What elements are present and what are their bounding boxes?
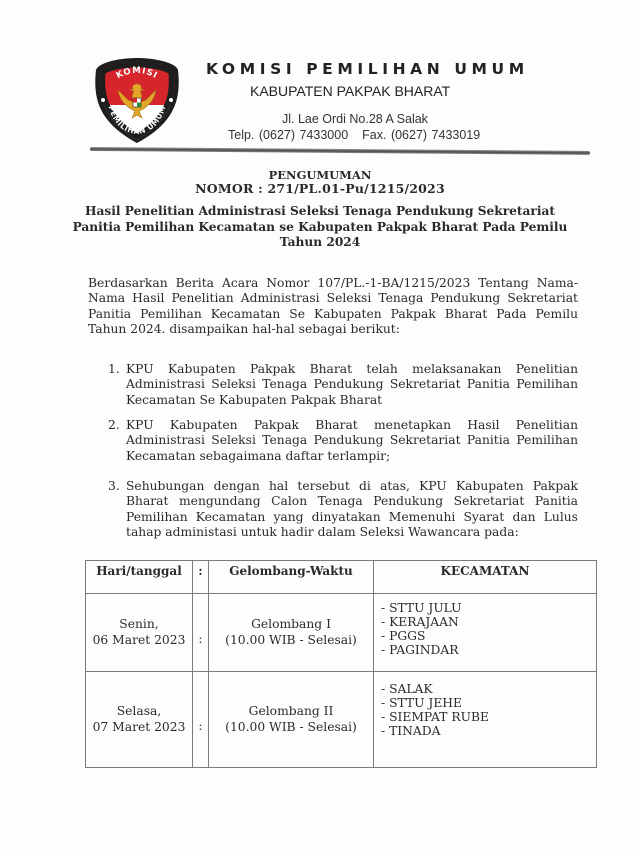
list-item: 1. KPU Kabupaten Pakpak Bharat telah mel… [108, 362, 578, 408]
kecamatan-item: - STTU JULU [381, 601, 596, 615]
wave-time: (10.00 WIB - Selesai) [209, 633, 373, 649]
kecamatan-cell: - SALAK - STTU JEHE - SIEMPAT RUBE - TIN… [374, 672, 597, 768]
header-day: Hari/tanggal [86, 561, 193, 594]
list-item-number: 2. [108, 418, 120, 433]
subject-line: Tahun 2024 [0, 235, 640, 251]
org-phone: Telp. (0627) 7433000 [228, 128, 348, 142]
header-divider [90, 147, 590, 155]
day-date: 06 Maret 2023 [86, 633, 192, 649]
day-cell: Senin, 06 Maret 2023 [86, 594, 193, 672]
separator-cell: : [193, 672, 209, 768]
schedule-table: Hari/tanggal : Gelombang-Waktu KECAMATAN… [85, 560, 597, 768]
announcement-title: PENGUMUMAN [0, 168, 640, 182]
list-item-text: KPU Kabupaten Pakpak Bharat menetapkan H… [126, 418, 578, 464]
org-district: KABUPATEN PAKPAK BHARAT [250, 83, 450, 99]
table-header-row: Hari/tanggal : Gelombang-Waktu KECAMATAN [86, 561, 597, 594]
wave-time: (10.00 WIB - Selesai) [209, 720, 373, 736]
kecamatan-item: - TINADA [381, 724, 596, 738]
list-item-number: 1. [108, 362, 120, 377]
org-name: KOMISI PEMILIHAN UMUM [206, 60, 529, 78]
day-date: 07 Maret 2023 [86, 720, 192, 736]
table-row: Selasa, 07 Maret 2023 : Gelombang II (10… [86, 672, 597, 768]
list-item: 2. KPU Kabupaten Pakpak Bharat menetapka… [108, 418, 578, 464]
separator-cell: : [193, 594, 209, 672]
intro-paragraph: Berdasarkan Berita Acara Nomor 107/PL.-1… [88, 276, 578, 337]
header-separator: : [193, 561, 209, 594]
kecamatan-item: - PAGINDAR [381, 643, 596, 657]
kecamatan-item: - KERAJAAN [381, 615, 596, 629]
table-row: Senin, 06 Maret 2023 : Gelombang I (10.0… [86, 594, 597, 672]
day-name: Senin, [86, 617, 192, 633]
kecamatan-cell: - STTU JULU - KERAJAAN - PGGS - PAGINDAR [374, 594, 597, 672]
announcement-number: NOMOR : 271/PL.01-Pu/1215/2023 [0, 181, 640, 196]
list-item-text: Sehubungan dengan hal tersebut di atas, … [126, 479, 578, 540]
day-name: Selasa, [86, 704, 192, 720]
org-fax: Fax. (0627) 7433019 [362, 128, 480, 142]
header-kecamatan: KECAMATAN [374, 561, 597, 594]
list-item-number: 3. [108, 479, 120, 494]
wave-cell: Gelombang I (10.00 WIB - Selesai) [209, 594, 374, 672]
list-item: 3. Sehubungan dengan hal tersebut di ata… [108, 479, 578, 540]
kecamatan-item: - PGGS [381, 629, 596, 643]
list-item-text: KPU Kabupaten Pakpak Bharat telah melaks… [126, 362, 578, 408]
header-wave: Gelombang-Waktu [209, 561, 374, 594]
wave-name: Gelombang I [209, 617, 373, 633]
subject-line: Hasil Penelitian Administrasi Seleksi Te… [0, 204, 640, 220]
org-contact: Telp. (0627) 7433000Fax. (0627) 7433019 [228, 128, 480, 142]
announcement-subject: Hasil Penelitian Administrasi Seleksi Te… [0, 204, 640, 251]
day-cell: Selasa, 07 Maret 2023 [86, 672, 193, 768]
kecamatan-item: - STTU JEHE [381, 696, 596, 710]
wave-name: Gelombang II [209, 704, 373, 720]
wave-cell: Gelombang II (10.00 WIB - Selesai) [209, 672, 374, 768]
kecamatan-item: - SIEMPAT RUBE [381, 710, 596, 724]
subject-line: Panitia Pemilihan Kecamatan se Kabupaten… [0, 220, 640, 236]
kecamatan-item: - SALAK [381, 682, 596, 696]
org-address: Jl. Lae Ordi No.28 A Salak [282, 112, 428, 126]
kpu-emblem-icon: KOMISI PEMILIHAN UMUM [92, 56, 182, 144]
